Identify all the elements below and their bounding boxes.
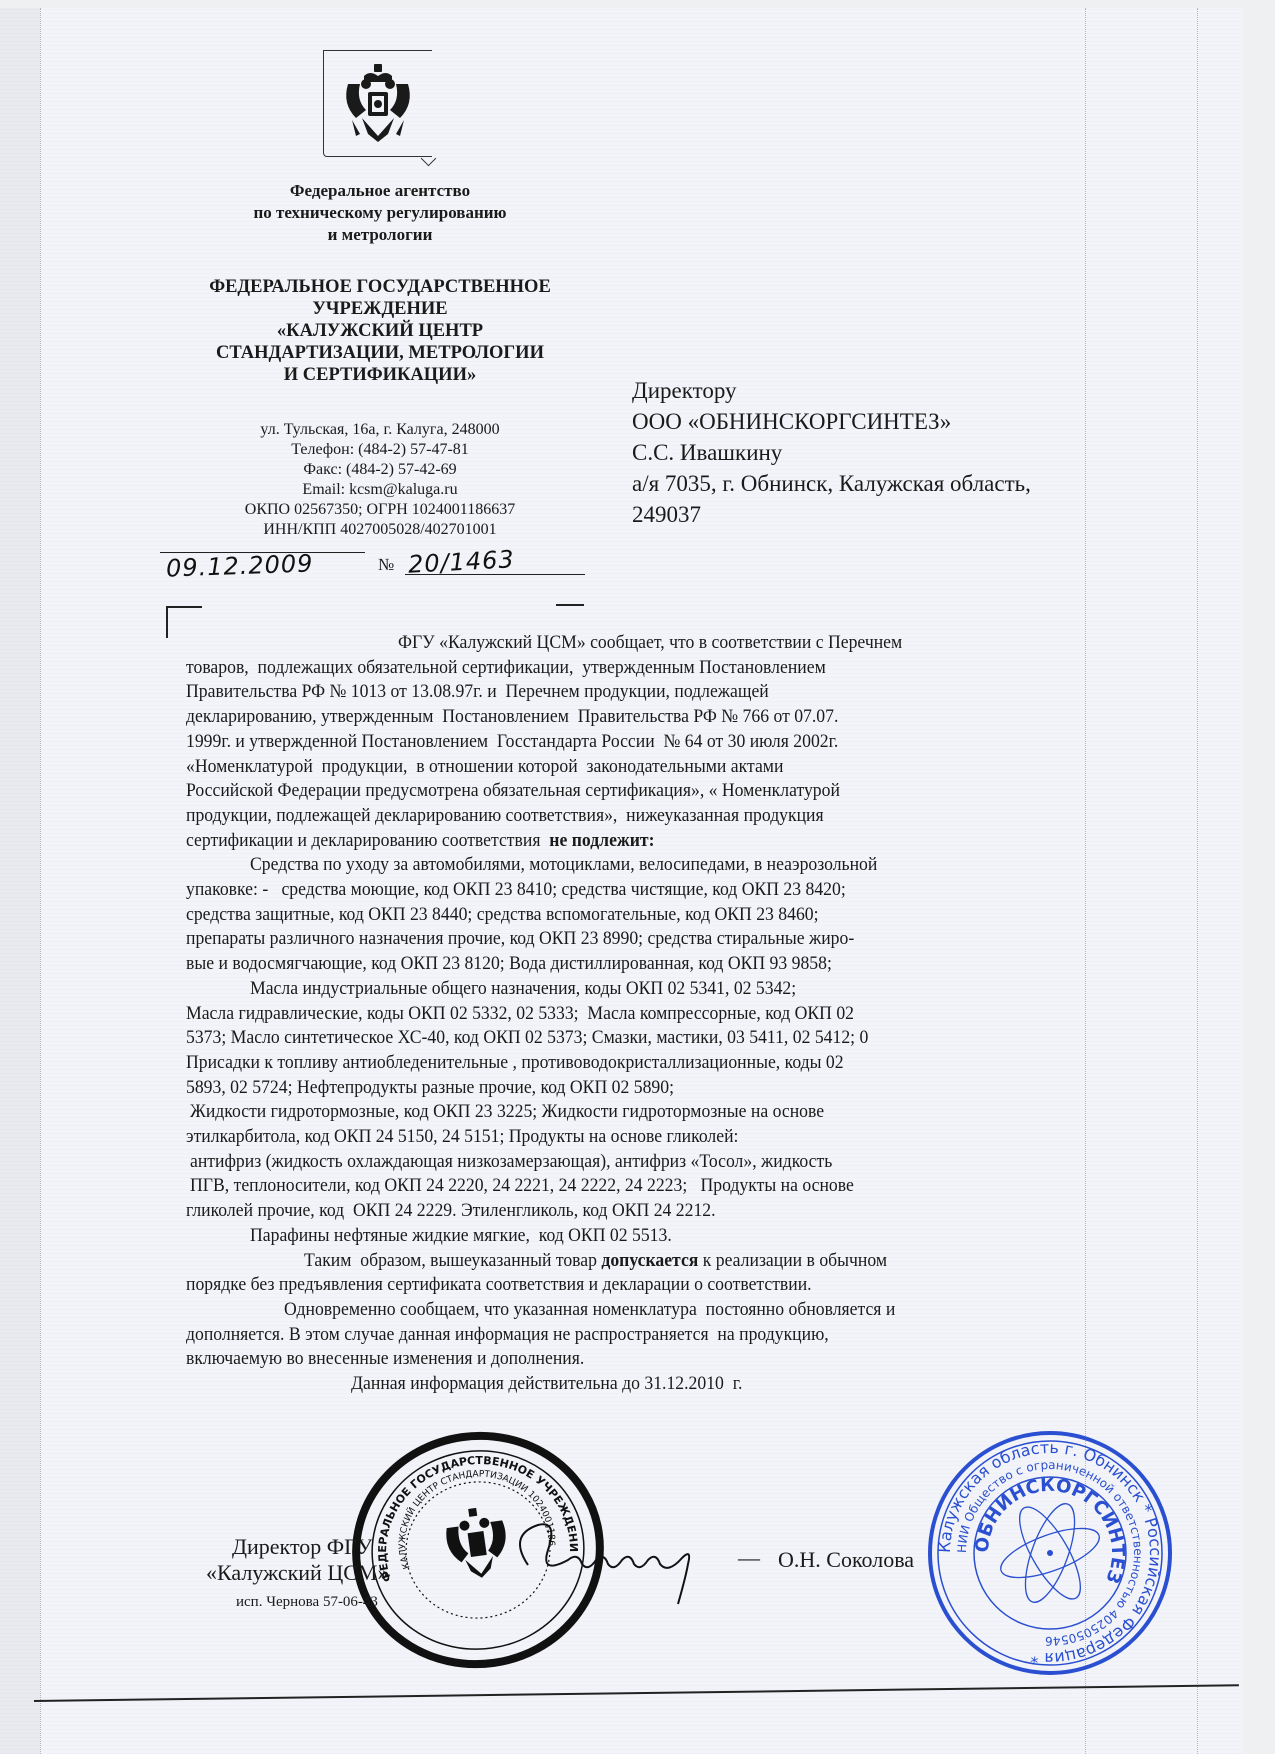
body-line-text: порядке без предъявления сертификата соо…	[186, 1274, 812, 1295]
agency-line: и метрологии	[190, 224, 570, 246]
body-line: Российской Федерации предусмотрена обяза…	[186, 780, 1093, 802]
body-line: Масла индустриальные общего назначения, …	[250, 978, 1157, 1000]
signer-name: О.Н. Соколова	[778, 1547, 914, 1573]
body-line: Данная информация действительна до 31.12…	[351, 1373, 1258, 1395]
body-line-text: Российской Федерации предусмотрена обяза…	[186, 780, 840, 801]
body-line: 5893, 02 5724; Нефтепродукты разные проч…	[186, 1077, 1093, 1099]
emphasis-text: допускается	[601, 1250, 698, 1271]
org-line: СТАНДАРТИЗАЦИИ, МЕТРОЛОГИИ	[175, 342, 585, 364]
body-line: Одновременно сообщаем, что указанная ном…	[284, 1299, 1191, 1321]
body-line-text: вые и водосмягчающие, код ОКП 23 8120; В…	[186, 953, 832, 974]
body-line-text: ФГУ «Калужский ЦСМ» сообщает, что в соот…	[398, 632, 902, 653]
double-headed-eagle-icon	[338, 62, 418, 147]
body-line-text: Правительства РФ № 1013 от 13.08.97г. и …	[186, 681, 769, 702]
body-line-text: к реализации в обычном	[698, 1250, 887, 1271]
body-line: этилкарбитола, код ОКП 24 5150, 24 5151;…	[186, 1126, 1093, 1148]
letter-number-label: №	[378, 555, 394, 575]
company-seal-stamp: Калужская область г. Обнинск * Российска…	[922, 1428, 1178, 1678]
body-line: ПГВ, теплоносители, код ОКП 24 2220, 24 …	[190, 1175, 1097, 1197]
agency-line: Федеральное агентство	[190, 180, 570, 202]
org-line: «КАЛУЖСКИЙ ЦЕНТР	[175, 320, 585, 342]
body-line: препараты различного назначения прочие, …	[186, 928, 1093, 950]
body-line: дополняется. В этом случае данная информ…	[186, 1324, 1093, 1346]
org-contacts: ул. Тульская, 16а, г. Калуга, 248000 Тел…	[180, 420, 580, 540]
body-line-text: Присадки к топливу антиобледенительные ,…	[186, 1052, 844, 1073]
body-line: 1999г. и утвержденной Постановлением Гос…	[186, 731, 1093, 753]
letter-date: 09.12.2009	[166, 549, 314, 582]
body-line: Присадки к топливу антиобледенительные ,…	[186, 1052, 1093, 1074]
addressee-position: Директору	[632, 375, 1031, 406]
agency-line: по техническому регулированию	[190, 202, 570, 224]
body-line: «Номенклатурой продукции, в отношении ко…	[186, 756, 1093, 778]
body-line: порядке без предъявления сертификата соо…	[186, 1274, 1093, 1296]
signatory-title-line: Директор ФГУ	[232, 1534, 388, 1560]
body-line: ФГУ «Калужский ЦСМ» сообщает, что в соот…	[398, 632, 1275, 654]
address-corner-mark	[166, 606, 202, 638]
body-line-text: товаров, подлежащих обязательной сертифи…	[186, 657, 826, 678]
body-line-text: Таким образом, вышеуказанный товар	[304, 1250, 601, 1271]
body-line: Таким образом, вышеуказанный товар допус…	[304, 1250, 1211, 1272]
body-line: включаемую во внесенные изменения и допо…	[186, 1348, 1093, 1370]
handwritten-signature	[498, 1505, 738, 1615]
scan-fold-line	[1197, 8, 1198, 1754]
body-line-text: включаемую во внесенные изменения и допо…	[186, 1348, 584, 1369]
contact-okpo-ogrn: ОКПО 02567350; ОГРН 1024001186637	[180, 500, 580, 520]
executor-note: исп. Чернова 57-06-43	[236, 1594, 378, 1611]
body-line-text: сертификации и декларированию соответств…	[186, 830, 549, 851]
body-line: сертификации и декларированию соответств…	[186, 830, 1093, 852]
emphasis-text: не подлежит:	[549, 830, 654, 851]
body-line-text: дополняется. В этом случае данная информ…	[186, 1324, 829, 1345]
body-line-text: антифриз (жидкость охлаждающая низкозаме…	[190, 1151, 832, 1172]
body-line-text: упаковке: - средства моющие, код ОКП 23 …	[186, 879, 846, 900]
body-line-text: ПГВ, теплоносители, код ОКП 24 2220, 24 …	[190, 1175, 854, 1196]
body-line-text: средства защитные, код ОКП 23 8440; сред…	[186, 904, 819, 925]
contact-inn-kpp: ИНН/КПП 4027005028/402701001	[180, 520, 580, 540]
contact-phone: Телефон: (484-2) 57-47-81	[180, 440, 580, 460]
contact-address: ул. Тульская, 16а, г. Калуга, 248000	[180, 420, 580, 440]
body-line-text: Масла гидравлические, коды ОКП 02 5332, …	[186, 1003, 854, 1024]
body-line-text: Средства по уходу за автомобилями, мотоц…	[250, 854, 877, 875]
body-line: декларированию, утвержденным Постановлен…	[186, 706, 1093, 728]
addressee-address: а/я 7035, г. Обнинск, Калужская область,	[632, 468, 1031, 499]
body-line: товаров, подлежащих обязательной сертифи…	[186, 657, 1093, 679]
body-line-text: Жидкости гидротормозные, код ОКП 23 3225…	[190, 1101, 824, 1122]
body-line-text: этилкарбитола, код ОКП 24 5150, 24 5151;…	[186, 1126, 738, 1147]
body-line-text: Данная информация действительна до 31.12…	[351, 1373, 742, 1394]
contact-fax: Факс: (484-2) 57-42-69	[180, 460, 580, 480]
letter-number: 20/1463	[407, 545, 515, 579]
body-line-text: гликолей прочие, код ОКП 24 2229. Этилен…	[186, 1200, 716, 1221]
body-line-text: 5893, 02 5724; Нефтепродукты разные проч…	[186, 1077, 674, 1098]
signature-dash: —	[738, 1545, 760, 1571]
body-line: 5373; Масло синтетическое ХС-40, код ОКП…	[186, 1027, 1093, 1049]
org-line: ФЕДЕРАЛЬНОЕ ГОСУДАРСТВЕННОЕ	[175, 276, 585, 298]
body-line-text: Одновременно сообщаем, что указанная ном…	[284, 1299, 895, 1320]
address-corner-mark	[556, 604, 584, 606]
body-line-text: препараты различного назначения прочие, …	[186, 928, 854, 949]
addressee-block: Директору ООО «ОБНИНСКОРГСИНТЕЗ» С.С. Ив…	[632, 375, 1031, 530]
org-line: И СЕРТИФИКАЦИИ»	[175, 364, 585, 386]
body-line-text: «Номенклатурой продукции, в отношении ко…	[186, 756, 783, 777]
contact-email: Email: kcsm@kaluga.ru	[180, 480, 580, 500]
body-line-text: продукции, подлежащей декларированию соо…	[186, 805, 824, 826]
body-line: Парафины нефтяные жидкие мягкие, код ОКП…	[250, 1225, 1157, 1247]
signatory-title: Директор ФГУ «Калужский ЦСМ»	[232, 1534, 388, 1586]
agency-name: Федеральное агентство по техническому ре…	[190, 180, 570, 246]
body-line-text: 1999г. и утвержденной Постановлением Гос…	[186, 731, 838, 752]
addressee-company: ООО «ОБНИНСКОРГСИНТЕЗ»	[632, 406, 1031, 437]
org-line: УЧРЕЖДЕНИЕ	[175, 298, 585, 320]
organization-name: ФЕДЕРАЛЬНОЕ ГОСУДАРСТВЕННОЕ УЧРЕЖДЕНИЕ «…	[175, 276, 585, 386]
scan-fold-line	[40, 8, 41, 1754]
body-line-text: 5373; Масло синтетическое ХС-40, код ОКП…	[186, 1027, 868, 1048]
body-line: продукции, подлежащей декларированию соо…	[186, 805, 1093, 827]
body-line: Масла гидравлические, коды ОКП 02 5332, …	[186, 1003, 1093, 1025]
body-line: вые и водосмягчающие, код ОКП 23 8120; В…	[186, 953, 1093, 975]
body-line: упаковке: - средства моющие, код ОКП 23 …	[186, 879, 1093, 901]
body-line-text: декларированию, утвержденным Постановлен…	[186, 706, 838, 727]
body-line: средства защитные, код ОКП 23 8440; сред…	[186, 904, 1093, 926]
addressee-name: С.С. Ивашкину	[632, 437, 1031, 468]
body-line: Жидкости гидротормозные, код ОКП 23 3225…	[190, 1101, 1097, 1123]
body-line: гликолей прочие, код ОКП 24 2229. Этилен…	[186, 1200, 1093, 1222]
body-line: Правительства РФ № 1013 от 13.08.97г. и …	[186, 681, 1093, 703]
addressee-postcode: 249037	[632, 499, 1031, 530]
body-line-text: Парафины нефтяные жидкие мягкие, код ОКП…	[250, 1225, 672, 1246]
signatory-title-line: «Калужский ЦСМ»	[206, 1560, 388, 1586]
body-line: антифриз (жидкость охлаждающая низкозаме…	[190, 1151, 1097, 1173]
body-line: Средства по уходу за автомобилями, мотоц…	[250, 854, 1157, 876]
body-line-text: Масла индустриальные общего назначения, …	[250, 978, 796, 999]
